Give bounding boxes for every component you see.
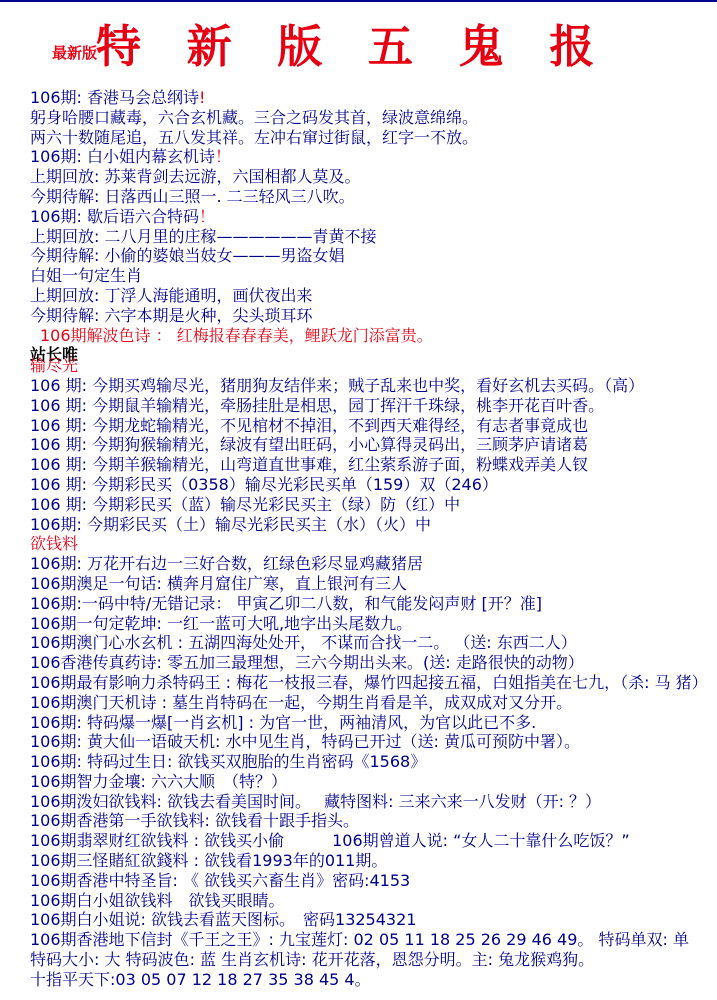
text-segment: 106期: 今期彩民买（土）输尽光彩民买主（水）（火）中 (30, 515, 431, 534)
text-line: 106期解波色诗 ： 红梅报春春春美，鲤跃龙门添富贵。 (30, 326, 713, 346)
text-segment: ! (199, 88, 205, 107)
text-segment: 106期白小姐说: 欲钱去看蓝天图标。 密码13254321 (30, 910, 416, 929)
text-segment: 106 期: 今期彩民买（蓝）输尽光彩民买主（绿）防（红）中 (30, 495, 460, 514)
text-line: 106期三怪賭紅欲錢料 : 欲钱看1993年的011期。 (30, 851, 713, 871)
text-line: 106期一句定乾坤: 一红一蓝可大吼,地字出头尾数九。 (30, 614, 713, 634)
text-segment: 今期待解: 六字本期是火种，尖头琐耳环 (30, 306, 312, 325)
text-line: 106期最有影响力杀特码王 : 梅花一枝报三春，爆竹四起接五福，白姐指美在七九，… (30, 673, 713, 693)
text-line: 106期翡翠财红欲钱料 : 欲钱买小偷 106期曾道人说: “女人二十靠什么吃饭… (30, 831, 713, 851)
text-segment: 两六十数随尾追，五八发其祥。左冲右窜过街鼠，红字一不放。 (30, 128, 478, 147)
text-segment: 106 期: 今期彩民买（0358）输尽光彩民买单（159）双（246） (30, 475, 498, 494)
text-segment: 106期最有影响力杀特码王 : 梅花一枝报三春，爆竹四起接五福，白姐指美在七九，… (30, 673, 708, 692)
text-line: 106 期: 今期狗猴输精光，绿波有望出旺码，小心算得灵码出，三顾茅庐请诸葛 (30, 435, 713, 455)
text-line: 106 期: 今期羊猴输精光，山弯道直世事难，红尘萦系游子面，粉蝶戏弄美人钗 (30, 455, 713, 475)
report-body: 106期: 香港马会总纲诗!躬身哈腰口藏毒，六合玄机藏。三合之码发其首，绿波意绵… (0, 88, 717, 990)
text-line: 106期: 黄大仙一语破天机: 水中见生肖，特码已开过（送: 黄瓜可预防中署）。 (30, 732, 713, 752)
text-segment: 106期翡翠财红欲钱料 : 欲钱买小偷 106期曾道人说: “女人二十靠什么吃饭… (30, 831, 630, 850)
text-line: 106期: 万花开右边一三好合数，红绿色彩尽显鸡藏猪居 (30, 554, 713, 574)
text-line: 106期澳门天机诗 : 墓生肖特码在一起，今期生肖看是羊，成双成对又分开。 (30, 693, 713, 713)
text-line: 106期: 白小姐内幕玄机诗！ (30, 147, 713, 167)
text-line: 106期:一码中特/无错记录： 甲寅乙卯二八数，和气能发闷声财 [开？准] (30, 594, 713, 614)
text-line: 106期香港第一手欲钱料: 欲钱看十跟手指头。 (30, 811, 713, 831)
text-segment: 今期待解: 小偷的婆娘当妓女———男盗女娼 (30, 246, 344, 265)
text-segment: 上期回放: 二八月里的庄稼——————青黄不接 (30, 227, 376, 246)
text-line: 上期回放: 丁浮人海能通明，画伏夜出来 (30, 286, 713, 306)
text-line: 106期: 特码爆一爆[一肖玄机] : 为官一世，两袖清风，为官以此已不多. (30, 713, 713, 733)
text-segment: 输尽光 (30, 356, 78, 375)
text-line: 上期回放: 苏莱背剑去远游，六国相都人莫及。 (30, 167, 713, 187)
text-segment: 106期智力金壤: 六六大顺 （特？） (30, 772, 287, 791)
text-segment: 上期回放: 丁浮人海能通明，画伏夜出来 (30, 286, 312, 305)
text-line: 上期回放: 二八月里的庄稼——————青黄不接 (30, 227, 713, 247)
text-line: 今期待解: 日落西山三照一. 二三轻风三八吹。 (30, 187, 713, 207)
text-line: 106期白小姐说: 欲钱去看蓝天图标。 密码13254321 (30, 910, 713, 930)
text-line: 十指平天下:03 05 07 12 18 27 35 38 45 4。 (30, 970, 713, 990)
text-line: 两六十数随尾追，五八发其祥。左冲右窜过街鼠，红字一不放。 (30, 128, 713, 148)
text-segment: 今期待解: 日落西山三照一. 二三轻风三八吹。 (30, 187, 355, 206)
text-segment: 106 期: 今期买鸡输尽光，猪朋狗友结伴来；贼子乱来也中奖，看好玄机去买码。（… (30, 376, 644, 395)
text-line: 106期香港中特圣旨: 《 欲钱买六畜生肖》密码:4153 (30, 871, 713, 891)
text-segment: 躬身哈腰口藏毒，六合玄机藏。三合之码发其首，绿波意绵绵。 (30, 108, 478, 127)
text-segment: 106期澳足一句话: 横奔月窟住广寒，直上银河有三人 (30, 574, 407, 593)
text-segment: 106期澳门天机诗 : 墓生肖特码在一起，今期生肖看是羊，成双成对又分开。 (30, 693, 572, 712)
text-line: 今期待解: 小偷的婆娘当妓女———男盗女娼 (30, 246, 713, 266)
text-segment: 106期: 黄大仙一语破天机: 水中见生肖，特码已开过（送: 黄瓜可预防中署）。 (30, 732, 580, 751)
text-segment: 上期回放: 苏莱背剑去远游，六国相都人莫及。 (30, 167, 360, 186)
text-line: 106 期: 今期彩民买（0358）输尽光彩民买单（159）双（246） (30, 475, 713, 495)
text-segment: ！ (215, 147, 231, 166)
text-line: 输尽光 (30, 356, 713, 376)
text-line: 106期澳门心水玄机 : 五湖四海处处开， 不谋而合找一二。 （送: 东西二人） (30, 633, 713, 653)
text-line: 白姐一句定生肖 (30, 266, 713, 286)
text-segment: 106期白小姐欲钱料 欲钱买眼睛。 (30, 891, 285, 910)
text-segment: 106期:一码中特/无错记录： 甲寅乙卯二八数，和气能发闷声财 [开？准] (30, 594, 542, 613)
text-line: 106期: 歇后语六合特码！ (30, 207, 713, 227)
text-segment: 106 期: 今期龙蛇输精光，不见棺材不掉泪，不到西天难得经，有志者事竟成也 (30, 416, 588, 435)
text-segment: 十指平天下:03 05 07 12 18 27 35 38 45 4。 (30, 970, 371, 989)
text-segment: 106期三怪賭紅欲錢料 : 欲钱看1993年的011期。 (30, 851, 387, 870)
text-segment: 106期一句定乾坤: 一红一蓝可大吼,地字出头尾数九。 (30, 614, 412, 633)
text-segment: 白姐一句定生肖 (30, 266, 142, 285)
text-line: 106期: 香港马会总纲诗! (30, 88, 713, 108)
text-line: 106期智力金壤: 六六大顺 （特？） (30, 772, 713, 792)
text-segment: 106期香港中特圣旨: 《 欲钱买六畜生肖》密码:4153 (30, 871, 410, 890)
page-title: 特 新 版 五 鬼 报 (96, 10, 609, 75)
text-line: 106期: 特码过生日: 欲钱买双胞胎的生肖密码《1568》 (30, 752, 713, 772)
text-line: 106 期: 今期鼠羊输精光，牵肠挂肚是相思，园丁挥汗千珠绿，桃李开花百叶香。 (30, 396, 713, 416)
text-segment: 106期澳门心水玄机 : 五湖四海处处开， 不谋而合找一二。 （送: 东西二人） (30, 633, 577, 652)
text-segment: 欲钱料 (30, 534, 78, 553)
text-line: 106 期: 今期彩民买（蓝）输尽光彩民买主（绿）防（红）中 (30, 495, 713, 515)
text-segment: 特码大小: 大 特码波色: 蓝 生肖玄机诗: 花开花落，恩怨分明。主: 兔龙猴鸡… (30, 950, 594, 969)
text-line: 106期泼妇欲钱料: 欲钱去看美国时间。 藏特图料: 三来六来一八发财（开: ？… (30, 792, 713, 812)
text-line: 106期: 今期彩民买（土）输尽光彩民买主（水）（火）中 (30, 515, 713, 535)
text-line: 106期白小姐欲钱料 欲钱买眼睛。 (30, 891, 713, 911)
text-segment: 106期: 万花开右边一三好合数，红绿色彩尽显鸡藏猪居 (30, 554, 423, 573)
text-segment: 106期: 白小姐内幕玄机诗 (30, 147, 215, 166)
edition-badge: 最新版 (52, 42, 97, 63)
text-segment: 106 期: 今期羊猴输精光，山弯道直世事难，红尘萦系游子面，粉蝶戏弄美人钗 (30, 455, 588, 474)
text-segment: 106期泼妇欲钱料: 欲钱去看美国时间。 藏特图料: 三来六来一八发财（开: ？… (30, 792, 601, 811)
text-line: 106 期: 今期买鸡输尽光，猪朋狗友结伴来；贼子乱来也中奖，看好玄机去买码。（… (30, 376, 713, 396)
masthead: 最新版 特 新 版 五 鬼 报 (0, 2, 717, 88)
text-line: 106 期: 今期龙蛇输精光，不见棺材不掉泪，不到西天难得经，有志者事竟成也 (30, 416, 713, 436)
text-segment: 106期香港第一手欲钱料: 欲钱看十跟手指头。 (30, 811, 359, 830)
text-segment: 106期: 歇后语六合特码 (30, 207, 199, 226)
text-line: 躬身哈腰口藏毒，六合玄机藏。三合之码发其首，绿波意绵绵。 (30, 108, 713, 128)
text-segment: ！ (199, 207, 215, 226)
text-line: 特码大小: 大 特码波色: 蓝 生肖玄机诗: 花开花落，恩怨分明。主: 兔龙猴鸡… (30, 950, 713, 970)
text-segment: 106 期: 今期鼠羊输精光，牵肠挂肚是相思，园丁挥汗千珠绿，桃李开花百叶香。 (30, 396, 604, 415)
text-line: 今期待解: 六字本期是火种，尖头琐耳环 (30, 306, 713, 326)
text-line: 欲钱料 (30, 534, 713, 554)
text-segment: 106香港传真药诗: 零五加三最理想，三六今期出头来。(送: 走路很快的动物） (30, 653, 584, 672)
text-segment: 106期: 特码过生日: 欲钱买双胞胎的生肖密码《1568》 (30, 752, 426, 771)
text-segment: 106期香港地下信封《千王之王》: 九宝莲灯: 02 05 11 18 25 2… (30, 930, 689, 949)
text-segment: 106 期: 今期狗猴输精光，绿波有望出旺码，小心算得灵码出，三顾茅庐请诸葛 (30, 435, 588, 454)
text-segment: 106期: 香港马会总纲诗 (30, 88, 199, 107)
text-line: 106香港传真药诗: 零五加三最理想，三六今期出头来。(送: 走路很快的动物） (30, 653, 713, 673)
text-segment: 106期解波色诗 ： 红梅报春春春美，鲤跃龙门添富贵。 (40, 326, 433, 345)
text-line: 106期澳足一句话: 横奔月窟住广寒，直上银河有三人 (30, 574, 713, 594)
text-segment: 106期: 特码爆一爆[一肖玄机] : 为官一世，两袖清风，为官以此已不多. (30, 713, 536, 732)
text-line: 106期香港地下信封《千王之王》: 九宝莲灯: 02 05 11 18 25 2… (30, 930, 713, 950)
